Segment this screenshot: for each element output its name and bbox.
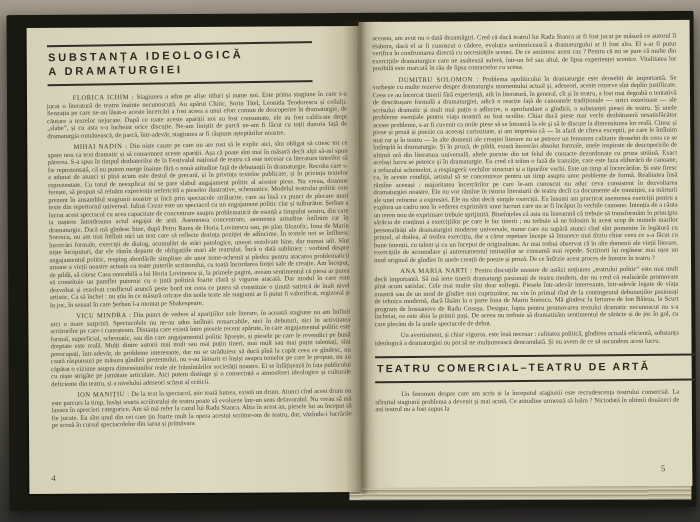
- right-page-content: aceasta, am avut nu o dată dezamăgiri. C…: [358, 20, 692, 414]
- paragraph-text: Un avertisment, și chiar viguros, este î…: [375, 330, 679, 347]
- paragraph-mihai-nadin: MIHAI NADIN : Din niște cauze pe care nu…: [47, 140, 350, 310]
- left-page: SUBSTANȚA IDEOLOGICĂ A DRAMATURGIEI FLOR…: [27, 26, 362, 494]
- paragraph-text: Din niște cauze pe care nu are rost să l…: [48, 140, 350, 309]
- paragraph-text: Din punct de vedere al aparițiilor sale …: [50, 309, 351, 388]
- paragraph-vicu-mindra: VICU MINDRA : Din punct de vedere al apa…: [50, 309, 351, 389]
- right-page-closing: Un fenomen despre care am scris și la în…: [375, 389, 679, 414]
- article-title-line2: A DRAMATURGIEI: [48, 61, 312, 79]
- paragraph-florica-ichim: FLORICA ICHIM : Stagiunea a adus pe afiș…: [47, 91, 348, 141]
- paragraph-ion-manitiu: ION MANIȚIU : De la text la spectacol, ș…: [51, 388, 352, 430]
- left-page-content: SUBSTANȚA IDEOLOGICĂ A DRAMATURGIEI FLOR…: [25, 24, 363, 430]
- section-heading: TEATRU COMERCIAL–TEATRU DE ARTĂ: [377, 360, 695, 375]
- paragraph-ana-maria-narti: ANA MARIA NARTI : Pentru discuțiile noas…: [374, 266, 679, 329]
- article-title: SUBSTANȚA IDEOLOGICĂ A DRAMATURGIEI: [47, 41, 313, 86]
- photo-background: SUBSTANȚA IDEOLOGICĂ A DRAMATURGIEI FLOR…: [0, 0, 700, 522]
- paragraph-continuation: aceasta, am avut nu o dată dezamăgiri. C…: [372, 33, 676, 73]
- page-number-left: 4: [51, 473, 55, 483]
- book-cover: SUBSTANȚA IDEOLOGICĂ A DRAMATURGIEI FLOR…: [6, 11, 696, 511]
- section-heading-block: TEATRU COMERCIAL–TEATRU DE ARTĂ: [375, 353, 695, 383]
- paragraph-text: Pentru discuțiile noastre de astăzi noți…: [374, 266, 678, 328]
- paragraph-avertisment: Un avertisment, și chiar viguros, este î…: [375, 330, 679, 348]
- paragraph-text: Un fenomen despre care am scris și la în…: [375, 389, 679, 414]
- speaker-name: DUMITRU SOLOMON :: [399, 76, 479, 84]
- speaker-name: ANA MARIA NARTI :: [400, 267, 472, 275]
- paragraph-text: Problema apoliticului în dramaturgie est…: [373, 74, 678, 264]
- paragraph-closing: Un fenomen despre care am scris și la în…: [375, 389, 679, 414]
- right-page-body: aceasta, am avut nu o dată dezamăgiri. C…: [372, 33, 679, 348]
- right-page: aceasta, am avut nu o dată dezamăgiri. C…: [359, 20, 693, 488]
- page-number-right: 5: [661, 463, 665, 473]
- paragraph-text: aceasta, am avut nu o dată dezamăgiri. C…: [372, 33, 676, 73]
- paragraph-dumitru-solomon: DUMITRU SOLOMON : Problema apoliticului …: [373, 74, 679, 264]
- left-page-body: FLORICA ICHIM : Stagiunea a adus pe afiș…: [47, 91, 352, 430]
